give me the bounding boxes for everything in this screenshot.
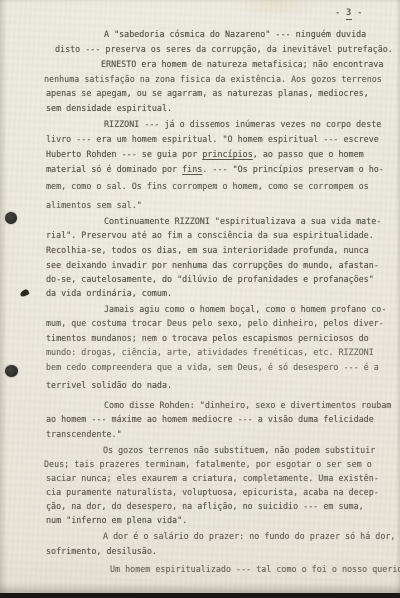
line-text: mundo: drogas, ciência, arte, atividades… — [46, 347, 374, 357]
scan-edge-shadow-top — [0, 0, 400, 3]
line-text: , ao passo que o homem — [253, 149, 364, 159]
typewritten-line: mum, que costuma trocar Deus pelo sexo, … — [46, 318, 384, 329]
line-text: Deus; tais prazeres terminam, fatalmente… — [44, 459, 372, 469]
line-text: apenas se apegam, ou se agarram, as natu… — [46, 88, 369, 98]
typewritten-line: A "sabedoria cósmica do Nazareno" --- ni… — [104, 29, 366, 40]
line-text: mum, que costuma trocar Deus pelo sexo, … — [46, 318, 384, 328]
typewritten-line: saciar nunca; eles exaurem a criatura, c… — [46, 473, 379, 484]
typewritten-line: Um homem espiritualizado --- tal como o … — [110, 564, 400, 575]
page-number-suffix: - — [352, 8, 363, 18]
typewritten-line: ção, na dor, do desespero, na aflição, n… — [46, 501, 364, 512]
typewritten-line: nenhuma satisfação na zona fisica da exi… — [44, 74, 382, 85]
scan-bottom-edge-bar — [0, 593, 400, 598]
line-text: Um homem espiritualizado --- tal como o … — [110, 564, 400, 574]
typewritten-line: material só é dominado por fins. --- "Os… — [46, 164, 384, 175]
typewritten-line: ERNESTO era homem de natureza metafisica… — [101, 59, 383, 70]
typewritten-line: num "inferno em plena vida". — [46, 515, 187, 526]
line-text: A dor é o salário do prazer: no fundo do… — [103, 531, 395, 541]
line-text: sem densidade espiritual. — [46, 103, 172, 113]
line-text: nenhuma satisfação na zona fisica da exi… — [44, 74, 382, 84]
typewritten-line: apenas se apegam, ou se agarram, as natu… — [46, 88, 369, 99]
line-text: material só é dominado por — [46, 164, 182, 174]
typewritten-line: Deus; tais prazeres terminam, fatalmente… — [44, 459, 372, 470]
typewritten-line: mem, como o sal. Os fins corrompem o hom… — [46, 181, 369, 192]
typewritten-line: Os gozos terrenos não substituem, não po… — [103, 445, 375, 456]
typewritten-line: Huberto Rohden --- se guia por princípio… — [46, 149, 364, 160]
line-text: sofrimento, desilusão. — [46, 546, 157, 556]
line-text: do-se, cautelosamente, do "dilúvio de pr… — [46, 274, 374, 284]
scan-edge-shadow-right — [396, 0, 400, 598]
typewritten-line: sem densidade espiritual. — [46, 103, 172, 114]
typewritten-line: RIZZONI --- já o dissemos inúmeras vezes… — [104, 119, 381, 130]
typewritten-line: terrivel solidão do nada. — [46, 380, 172, 391]
typewritten-line: timentos mundanos; nem o trocava pelos e… — [46, 333, 369, 344]
typewritten-line: livro --- era um homem espiritual. "O ho… — [46, 134, 379, 145]
line-text: ERNESTO era homem de natureza metafisica… — [101, 59, 383, 69]
line-text: Continuamente RIZZONI "espiritualizava a… — [104, 216, 381, 226]
line-text: saciar nunca; eles exaurem a criatura, c… — [46, 473, 379, 483]
line-text: cia puramente naturalista, voluptuosa, e… — [46, 487, 379, 497]
line-text: A "sabedoria cósmica do Nazareno" --- ni… — [104, 29, 366, 39]
page-number: - 3 - — [335, 8, 363, 18]
line-text: Huberto Rohden --- se guia por — [46, 149, 202, 159]
underlined-text: princípios — [202, 149, 252, 159]
scanned-page: - 3 - A "sabedoria cósmica do Nazareno" … — [0, 0, 400, 598]
typewritten-line: cia puramente naturalista, voluptuosa, e… — [46, 487, 379, 498]
typewritten-line: bem cedo compreendera que a vida, sem De… — [46, 362, 379, 373]
line-text: see deixando invadir por nenhuma das cor… — [46, 260, 379, 270]
typewritten-line: see deixando invadir por nenhuma das cor… — [46, 260, 379, 271]
typewritten-line: do-se, cautelosamente, do "dilúvio de pr… — [46, 274, 374, 285]
typewritten-line: Continuamente RIZZONI "espiritualizava a… — [104, 216, 381, 227]
typewritten-line: Como disse Rohden: "dinheiro, sexo e div… — [104, 400, 391, 411]
typewritten-line: ao homem --- máxime ao homem mediocre --… — [46, 414, 374, 425]
line-text: timentos mundanos; nem o trocava pelos e… — [46, 333, 369, 343]
line-text: alimentos sem sal." — [46, 200, 142, 210]
typewritten-line: da vida ordinária, comum. — [46, 288, 172, 299]
line-text: terrivel solidão do nada. — [46, 380, 172, 390]
line-text: da vida ordinária, comum. — [46, 288, 172, 298]
line-text: num "inferno em plena vida". — [46, 515, 187, 525]
typewritten-line: sofrimento, desilusão. — [46, 546, 157, 557]
typewritten-line: Jamais agiu como o homem boçal, como o h… — [104, 304, 386, 315]
line-text: disto --- preserva os seres da corrupção… — [55, 44, 393, 54]
line-text: Como disse Rohden: "dinheiro, sexo e div… — [104, 400, 391, 410]
line-text: rial". Preservou até ao fim a consciênci… — [46, 230, 374, 240]
typewritten-line: mundo: drogas, ciência, arte, atividades… — [46, 347, 374, 358]
typewritten-line: transcendente." — [46, 429, 122, 440]
line-text: livro --- era um homem espiritual. "O ho… — [46, 134, 379, 144]
page-number-prefix: - — [335, 8, 346, 18]
typewritten-line: disto --- preserva os seres da corrupção… — [55, 44, 393, 55]
line-text: RIZZONI --- já o dissemos inúmeras vezes… — [104, 119, 381, 129]
typewritten-line: rial". Preservou até ao fim a consciênci… — [46, 230, 374, 241]
line-text: ao homem --- máxime ao homem mediocre --… — [46, 414, 374, 424]
typewritten-line: Recolhia-se, todos os dias, em sua inter… — [46, 245, 369, 256]
scan-bottom-shadow — [0, 583, 400, 593]
line-text: . --- "Os princípios preservam o ho- — [202, 164, 384, 174]
line-text: mem, como o sal. Os fins corrompem o hom… — [46, 181, 369, 191]
underlined-text: fins — [182, 164, 202, 174]
line-text: Recolhia-se, todos os dias, em sua inter… — [46, 245, 369, 255]
line-text: Os gozos terrenos não substituem, não po… — [103, 445, 375, 455]
line-text: bem cedo compreendera que a vida, sem De… — [46, 362, 379, 372]
scan-edge-shadow-left — [0, 0, 7, 598]
line-text: ção, na dor, do desespero, na aflição, n… — [46, 501, 364, 511]
typewritten-line: A dor é o salário do prazer: no fundo do… — [103, 531, 395, 542]
ink-blot-mark — [19, 288, 30, 297]
line-text: Jamais agiu como o homem boçal, como o h… — [104, 304, 386, 314]
typewritten-line: alimentos sem sal." — [46, 200, 142, 211]
line-text: transcendente." — [46, 429, 122, 439]
